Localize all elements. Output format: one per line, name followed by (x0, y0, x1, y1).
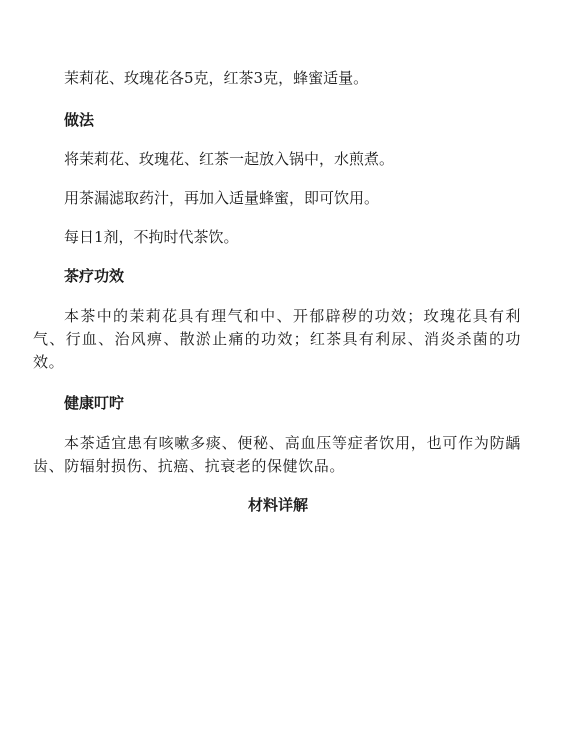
method-step-2: 用茶漏滤取药汁，再加入适量蜂蜜，即可饮用。 (33, 187, 554, 210)
efficacy-paragraph: 本茶中的茉莉花具有理气和中、开郁辟秽的功效；玫瑰花具有利气、行血、治风痹、散淤止… (33, 305, 521, 374)
health-tips-heading: 健康叮咛 (33, 392, 554, 415)
section-title: 材料详解 (33, 494, 523, 517)
efficacy-heading: 茶疗功效 (33, 265, 554, 288)
ingredients-line: 茉莉花、玫瑰花各5克，红茶3克，蜂蜜适量。 (33, 67, 554, 90)
method-heading: 做法 (33, 109, 554, 132)
method-step-1: 将茉莉花、玫瑰花、红茶一起放入锅中，水煎煮。 (33, 148, 554, 171)
health-tips-paragraph: 本茶适宜患有咳嗽多痰、便秘、高血压等症者饮用，也可作为防龋齿、防辐射损伤、抗癌、… (33, 432, 521, 478)
method-step-3: 每日1剂，不拘时代茶饮。 (33, 226, 554, 249)
